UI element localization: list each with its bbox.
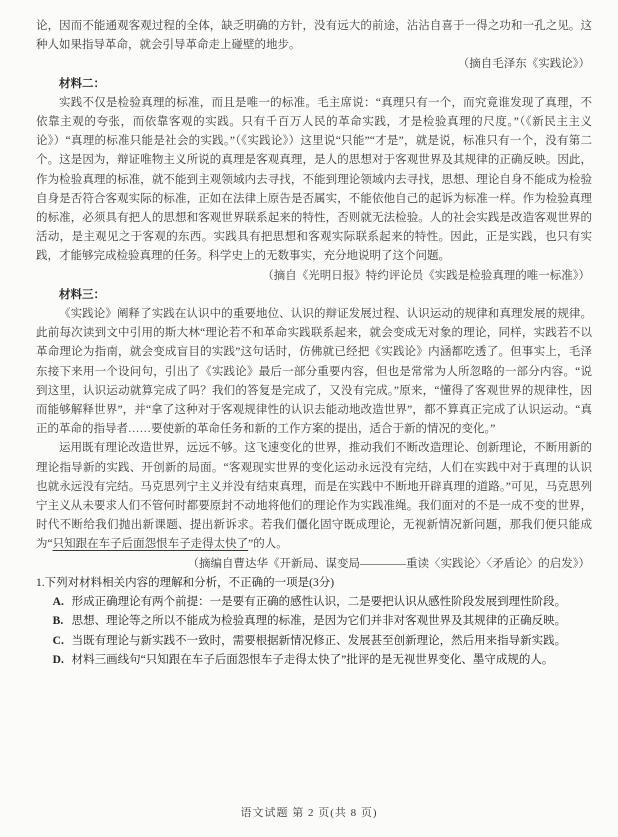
material1-continuation-paragraph: 论，因而不能通观客观过程的全体，缺乏明确的方针，没有远大的前途，沾沾自喜于一得之… bbox=[36, 17, 592, 55]
option-D: D.材料三画线句“只知跟在车子后面怨恨车子走得太快了”批评的是无视世界变化、墨守… bbox=[36, 651, 592, 670]
material2-heading: 材料二： bbox=[36, 75, 592, 94]
option-A-label: A. bbox=[53, 593, 64, 612]
material1-attribution: （摘自毛泽东《实践论》） bbox=[36, 55, 592, 74]
option-D-label: D. bbox=[53, 651, 64, 670]
option-B-label: B. bbox=[53, 612, 64, 631]
material3-paragraph2: 运用既有理论改造世界，远远不够。这飞速变化的世界，推动我们不断改造理论、创新理论… bbox=[36, 439, 592, 554]
question1-stem: 1.下列对材料相关内容的理解和分析，不正确的一项是(3分) bbox=[36, 574, 592, 593]
option-A: A.形成正确理论有两个前提：一是要有正确的感性认识，二是要把认识从感性阶段发展到… bbox=[36, 593, 592, 612]
option-D-text: 材料三画线句“只知跟在车子后面怨恨车子走得太快了”批评的是无视世界变化、墨守成规… bbox=[72, 654, 554, 666]
material3-heading: 材料三： bbox=[36, 286, 592, 305]
page-footer: 语文试题 第 2 页(共 8 页) bbox=[0, 804, 618, 823]
material3-underlined-phrase: 只知跟在车子后面怨恨车子走得太快了 bbox=[53, 538, 249, 550]
material3-paragraph2-ending: ”的人。 bbox=[248, 538, 288, 550]
material2-attribution: （摘自《光明日报》特约评论员《实践是检验真理的唯一标准》） bbox=[36, 267, 592, 286]
question1-options: A.形成正确理论有两个前提：一是要有正确的感性认识，二是要把认识从感性阶段发展到… bbox=[36, 593, 592, 670]
option-A-text: 形成正确理论有两个前提：一是要有正确的感性认识，二是要把认识从感性阶段发展到理性… bbox=[72, 596, 567, 608]
material3-attribution: （摘编自曹达华《开新局、谋变局————重读〈实践论〉〈矛盾论〉的启发》） bbox=[36, 555, 592, 574]
material3-paragraph2-text: 运用既有理论改造世界，远远不够。这飞速变化的世界，推动我们不断改造理论、创新理论… bbox=[36, 442, 592, 550]
material3-paragraph1: 《实践论》阐释了实践在认识中的重要地位、认识的辩证发展过程、认识运动的规律和真理… bbox=[36, 305, 592, 439]
option-C-label: C. bbox=[53, 632, 64, 651]
option-C-text: 当既有理论与新实践不一致时，需要根据新情况修正、发展甚至创新理论，然后用来指导新… bbox=[72, 635, 567, 647]
option-B: B.思想、理论等之所以不能成为检验真理的标准，是因为它们并非对客观世界及其规律的… bbox=[36, 612, 592, 631]
exam-page: 论，因而不能通观客观过程的全体，缺乏明确的方针，没有远大的前途，沾沾自喜于一得之… bbox=[0, 0, 618, 837]
material2-paragraph: 实践不仅是检验真理的标准，而且是唯一的标准。毛主席说：“真理只有一个，而究竟谁发… bbox=[36, 94, 592, 267]
question1: 1.下列对材料相关内容的理解和分析，不正确的一项是(3分) A.形成正确理论有两… bbox=[36, 574, 592, 670]
option-C: C.当既有理论与新实践不一致时，需要根据新情况修正、发展甚至创新理论，然后用来指… bbox=[36, 632, 592, 651]
option-B-text: 思想、理论等之所以不能成为检验真理的标准，是因为它们并非对客观世界及其规律的正确… bbox=[72, 615, 567, 627]
